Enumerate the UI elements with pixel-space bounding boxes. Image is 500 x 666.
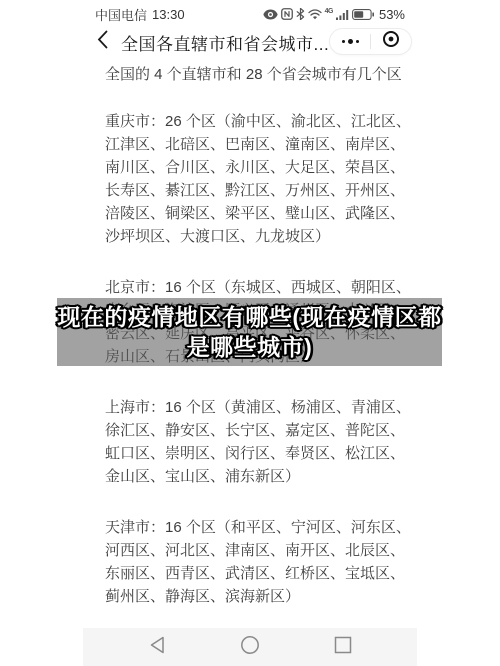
status-icons: 4G 53% bbox=[263, 7, 405, 22]
article-line: 上海市：16 个区（黄浦区、杨浦区、青浦区、 bbox=[105, 396, 403, 419]
carrier-label: 中国电信 bbox=[95, 5, 147, 24]
nav-home-button[interactable] bbox=[239, 636, 261, 658]
article-line: 金山区、宝山区、浦东新区） bbox=[105, 465, 403, 488]
overlay-title-line1: 现在的疫情地区有哪些(现在疫情区都 bbox=[57, 302, 441, 332]
article-line: 虹口区、崇明区、闵行区、奉贤区、松江区、 bbox=[105, 442, 403, 465]
article-line: 河西区、河北区、津南区、南开区、北辰区、 bbox=[105, 539, 403, 562]
signal-bars-icon bbox=[336, 9, 349, 20]
bluetooth-icon bbox=[296, 8, 305, 20]
back-triangle-icon bbox=[148, 635, 166, 660]
overlay-title-line2: 是哪些城市) bbox=[187, 332, 313, 362]
article-intro: 全国的 4 个直辖市和 28 个省会城市有几个区 bbox=[105, 63, 403, 86]
page-title: 全国各直辖市和省会城市... bbox=[121, 30, 329, 55]
article-line: 沙坪坝区、大渡口区、九龙坡区） bbox=[105, 225, 403, 248]
article-paragraph: 重庆市：26 个区（渝中区、渝北区、江北区、江津区、北碚区、巴南区、潼南区、南岸… bbox=[105, 110, 403, 248]
wifi-icon bbox=[308, 9, 322, 20]
more-dots-icon bbox=[342, 39, 359, 44]
status-left: 中国电信 13:30 bbox=[95, 5, 185, 24]
article-line: 徐汇区、静安区、长宁区、嘉定区、普陀区、 bbox=[105, 419, 403, 442]
overlay-title-band: 现在的疫情地区有哪些(现在疫情区都 是哪些城市) bbox=[57, 298, 442, 366]
article-paragraph: 天津市：16 个区（和平区、宁河区、河东区、河西区、河北区、津南区、南开区、北辰… bbox=[105, 516, 403, 608]
home-circle-icon bbox=[240, 635, 260, 660]
article-line: 江津区、北碚区、巴南区、潼南区、南岸区、 bbox=[105, 133, 403, 156]
article-line: 重庆市：26 个区（渝中区、渝北区、江北区、 bbox=[105, 110, 403, 133]
cover-canvas: 中国电信 13:30 4G bbox=[0, 0, 500, 666]
eye-icon bbox=[263, 9, 278, 20]
article-line: 长寿区、綦江区、黔江区、万州区、开州区、 bbox=[105, 179, 403, 202]
status-bar: 中国电信 13:30 4G bbox=[83, 2, 417, 26]
article-paragraph: 上海市：16 个区（黄浦区、杨浦区、青浦区、徐汇区、静安区、长宁区、嘉定区、普陀… bbox=[105, 396, 403, 488]
clock: 13:30 bbox=[152, 7, 185, 22]
capsule-menu bbox=[329, 28, 412, 55]
article-line: 蓟州区、静海区、滨海新区） bbox=[105, 585, 403, 608]
chevron-left-icon bbox=[97, 30, 108, 54]
nfc-icon bbox=[281, 8, 293, 20]
record-circle-button[interactable] bbox=[371, 29, 411, 54]
network-type-label: 4G bbox=[325, 8, 333, 15]
article-line: 天津市：16 个区（和平区、宁河区、河东区、 bbox=[105, 516, 403, 539]
nav-recents-button[interactable] bbox=[332, 636, 354, 658]
back-button[interactable] bbox=[93, 32, 111, 52]
article-line: 涪陵区、铜梁区、梁平区、璧山区、武隆区、 bbox=[105, 202, 403, 225]
article-line: 东丽区、西青区、武清区、红桥区、宝坻区、 bbox=[105, 562, 403, 585]
battery-percent-label: 53% bbox=[379, 7, 405, 22]
more-menu-button[interactable] bbox=[330, 29, 370, 54]
android-nav-bar bbox=[83, 628, 417, 666]
recents-square-icon bbox=[334, 636, 352, 659]
article-line: 北京市：16 个区（东城区、西城区、朝阳区、 bbox=[105, 276, 403, 299]
nav-back-button[interactable] bbox=[146, 636, 168, 658]
article-line: 南川区、合川区、永川区、大足区、荣昌区、 bbox=[105, 156, 403, 179]
battery-icon bbox=[352, 9, 374, 20]
record-circle-icon bbox=[382, 30, 400, 53]
